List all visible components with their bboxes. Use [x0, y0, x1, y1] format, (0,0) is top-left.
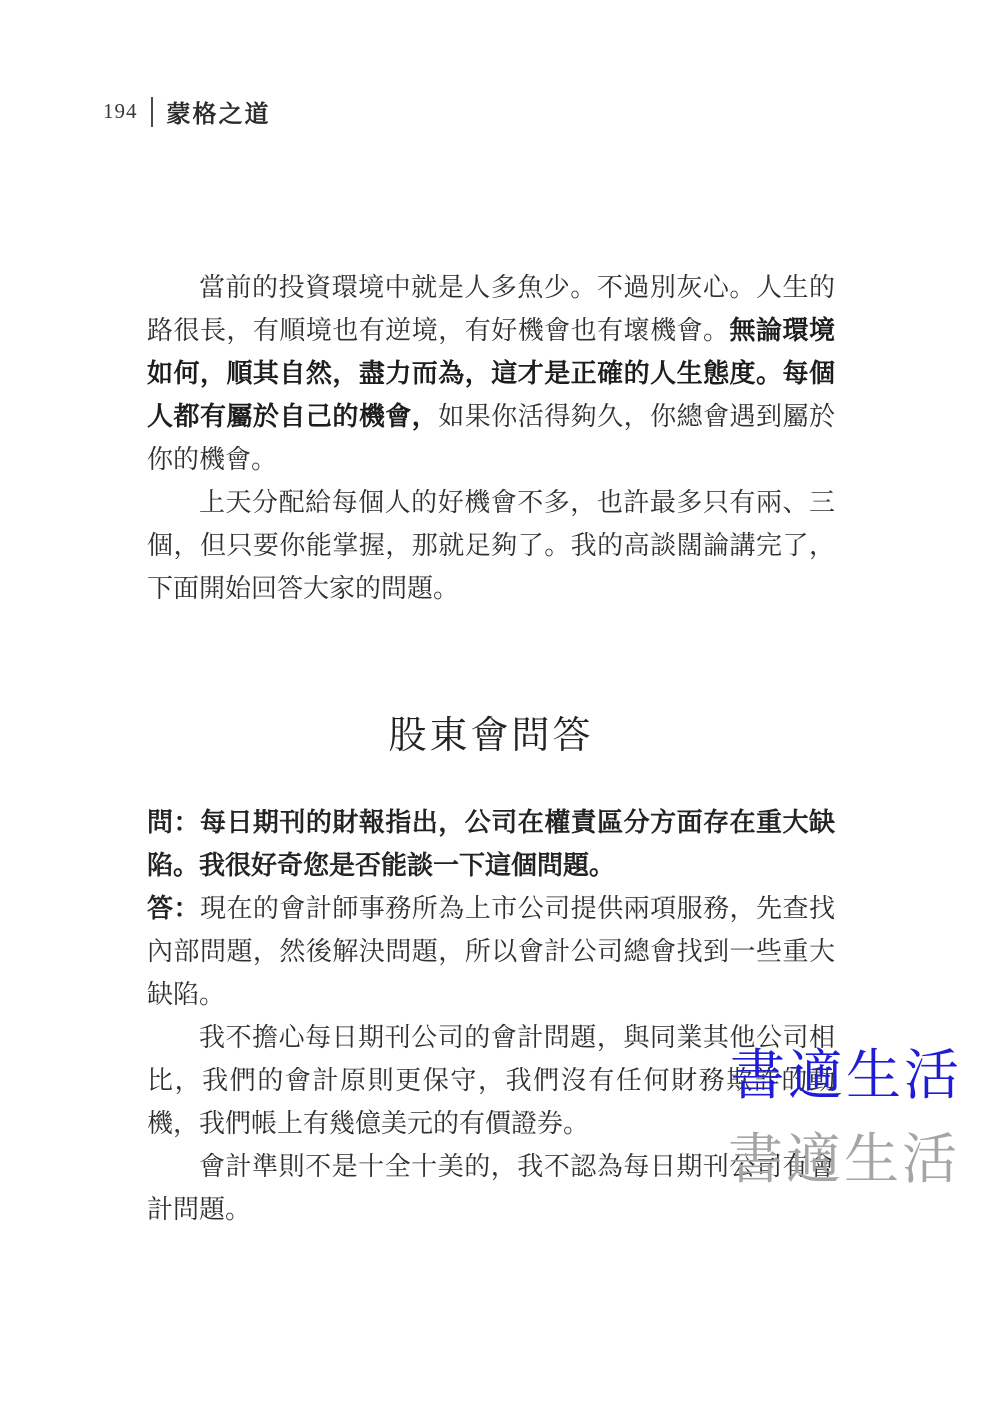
question-paragraph: 問：每日期刊的財報指出，公司在權責區分方面存在重大缺陷。我很好奇您是否能談一下這… [147, 801, 835, 887]
running-header: 194 蒙格之道 [103, 94, 271, 129]
watermark-blue: 書適生活 [730, 1048, 962, 1103]
section-heading: 股東會問答 [147, 706, 835, 766]
book-title: 蒙格之道 [167, 94, 271, 129]
watermark-gray: 書適生活 [728, 1132, 960, 1187]
question-text: 每日期刊的財報指出，公司在權責區分方面存在重大缺陷。我很好奇您是否能談一下這個問… [147, 807, 835, 880]
header-divider [151, 97, 153, 127]
answer-label: 答： [147, 893, 200, 923]
paragraph-investment-environment: 當前的投資環境中就是人多魚少。不過別灰心。人生的路很長，有順境也有逆境，有好機會… [147, 266, 835, 481]
paragraph-opportunities: 上天分配給每個人的好機會不多，也許最多只有兩、三個，但只要你能掌握，那就足夠了。… [147, 481, 835, 610]
question-label: 問： [147, 807, 200, 837]
page-number: 194 [103, 99, 138, 124]
answer-paragraph-1: 答：現在的會計師事務所為上市公司提供兩項服務，先查找內部問題，然後解決問題，所以… [147, 887, 835, 1016]
book-page: 194 蒙格之道 當前的投資環境中就是人多魚少。不過別灰心。人生的路很長，有順境… [0, 0, 1000, 1404]
answer-text: 現在的會計師事務所為上市公司提供兩項服務，先查找內部問題，然後解決問題，所以會計… [147, 894, 835, 1009]
